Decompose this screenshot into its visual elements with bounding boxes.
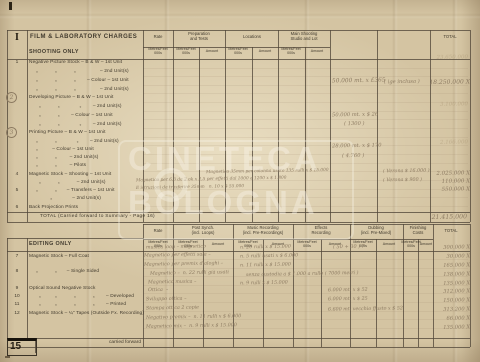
scan-edge-mark <box>9 2 12 10</box>
row-label: „ „ „ – 2nd Unit(s) <box>29 87 129 92</box>
row-label: „ „ – Transfers – 1st Unit <box>29 188 115 193</box>
handwriting-note: musica loop – magnetico <box>146 244 206 250</box>
row-number: 5 <box>7 188 27 193</box>
margin-circled-number: 2 <box>6 92 18 104</box>
grid-line <box>7 222 470 223</box>
row-label: „ „ – Single Sided <box>29 269 99 274</box>
scanned-budget-form-page: I FILM & LABORATORY CHARGES SHOOTING ONL… <box>0 0 480 362</box>
bleedthrough-number: 3.100.000 <box>398 101 468 108</box>
row-number: 8 <box>7 269 27 274</box>
bleedthrough-number: 23.650.000 <box>398 54 468 61</box>
grid-line <box>470 30 471 222</box>
row-number: 9 <box>7 286 27 291</box>
grid-line <box>7 347 470 348</box>
handwriting-note: 50.000 mt. x £365 <box>332 78 386 85</box>
row-label: „ – Colour – 1st Unit <box>29 147 94 152</box>
carried-forward-label: carried forward <box>93 340 157 345</box>
row-label: Back Projection Prints <box>29 205 78 210</box>
handwriting-note: Stampa ottica 2 copie <box>146 306 199 312</box>
row-label: „ „ „ – 2nd Unit(s) <box>29 69 129 74</box>
handwriting-note: 21.415.000 <box>390 213 467 221</box>
section-title-shooting: SHOOTING ONLY <box>29 49 79 55</box>
page-number-box: 15 <box>7 338 37 356</box>
handwriting-note: ( 4.760 ) <box>342 153 364 159</box>
column-subheader: Metres/Feet 000s <box>172 48 200 56</box>
handwriting-note: Magnetico 35mm per colonna usato 135 rul… <box>206 168 329 175</box>
handwriting-note: Magnetico musica – <box>148 280 197 286</box>
grid-line <box>7 238 143 239</box>
handwriting-note: Magnetico per 6,3 da 2 ok x 2,5 per effe… <box>136 176 287 184</box>
row-label: „ „ – 2nd Unit(s) <box>29 180 106 185</box>
handwriting-note: Magnetico mix – n. 9 rulli x $ 15.000 <box>146 323 237 330</box>
grid-line <box>7 212 470 213</box>
total-row-label: TOTAL (Carried forward to Summary - Page… <box>40 214 155 219</box>
handwriting-note: 50.000 mt. x $ 26 <box>332 112 378 119</box>
handwriting-note: 300.000 X <box>398 244 470 251</box>
handwriting-note: 30.000 X <box>398 253 470 260</box>
grid-line <box>305 47 306 222</box>
column-header: Locations <box>222 35 282 40</box>
row-label: Magnetic Stock – Full Coat <box>29 254 89 259</box>
handwriting-note: 138.000 X <box>398 271 470 278</box>
form-title: FILM & LABORATORY CHARGES <box>30 34 137 40</box>
handwriting-note: 6.000 mt. x $ 25 <box>328 297 368 303</box>
row-number: 6 <box>7 205 27 210</box>
handwriting-note: n. 20 rulli x $ 15.000 <box>240 245 291 251</box>
handwriting-note: E istruzioni da trasferire 35mm n. 10 x … <box>136 184 244 191</box>
handwriting-note: 18.250.000 X <box>398 78 470 86</box>
column-subheader: Metres/Feet 000s <box>293 241 321 249</box>
row-label: „ „ – Colour – 1st Unit <box>29 113 113 118</box>
column-header: Effects Recording <box>291 226 351 235</box>
handwriting-note: 312.000 X <box>398 288 470 295</box>
row-label: „ „ „ – 2nd Unit(s) <box>29 122 122 127</box>
row-number: 11 <box>7 302 27 307</box>
handwriting-note: 2.025.000 X <box>398 170 470 177</box>
row-label: Printing Picture – B & W – 1st Unit <box>29 130 106 135</box>
row-label: Developing Picture – B & W – 1st Unit <box>29 95 113 100</box>
bleedthrough-number: 2.166.000 <box>398 139 468 146</box>
column-subheader: Amount <box>198 50 226 54</box>
grid-line <box>27 238 28 338</box>
row-label: „ „ „ – Colour – 1st Unit <box>29 78 129 83</box>
handwriting-note: 135.000 X <box>398 324 470 331</box>
row-number: 7 <box>7 254 27 259</box>
column-header: TOTAL <box>421 229 480 234</box>
handwriting-note: 313.200 X <box>398 306 470 313</box>
row-label: „ „ „ – 2nd Unit(s) <box>29 104 122 109</box>
column-subheader: Metres/Feet 000s <box>224 48 252 56</box>
margin-circled-number: 3 <box>6 127 18 139</box>
handwriting-note: 135.000 X <box>398 280 470 287</box>
row-label: „ „ – Pilots <box>29 163 86 168</box>
grid-line <box>376 239 377 347</box>
row-number: 4 <box>7 172 27 177</box>
grid-line <box>321 239 322 347</box>
handwriting-note: 165.000 X <box>398 262 470 269</box>
handwriting-note: ( 1300 ) <box>344 121 365 127</box>
section-title-editing: EDITING ONLY <box>29 241 72 247</box>
row-number: 12 <box>7 311 27 316</box>
handwriting-note: n. 9 rulli x $ 15.000 <box>240 281 288 287</box>
column-subheader: Metres/Feet 000s <box>144 48 172 56</box>
column-header: Preparation and Tests <box>169 32 229 41</box>
handwriting-note: 28.000 mt. x $ 170 <box>332 143 382 150</box>
row-number: 10 <box>7 294 27 299</box>
handwriting-note: Ottica – <box>148 288 168 293</box>
row-label: „ „ – 2nd Unit(s) <box>29 155 98 160</box>
column-header: TOTAL <box>420 35 480 40</box>
paper-crease <box>0 13 480 19</box>
row-label: Magnetic Stock – Shooting – 1st Unit <box>29 172 111 177</box>
row-label: „ – 2nd Unit(s) <box>29 196 101 201</box>
column-header: Post Synch. (incl. Loops) <box>173 226 233 235</box>
handwriting-note: 110.000 X <box>398 178 470 185</box>
row-label: „ „ „ „ – Printed <box>29 302 126 307</box>
section-index: I <box>7 32 27 43</box>
grid-line <box>7 30 470 31</box>
handwriting-note: n. 11 rulli x $ 15.000 <box>240 263 291 269</box>
grid-line <box>470 224 471 347</box>
grid-line <box>27 338 470 339</box>
page-number: 15 <box>8 341 36 353</box>
handwriting-note: ( 50 + 30 ) ? <box>333 244 365 251</box>
column-subheader: Amount <box>204 243 232 247</box>
handwriting-note: Magnetico per effetti sala – <box>144 252 211 258</box>
handwriting-note: 66.000 X <box>398 315 470 322</box>
row-number: 1 <box>7 60 27 65</box>
scan-edge-mark <box>5 356 10 358</box>
row-label: „ „ „ – 2nd Unit(s) <box>29 139 119 144</box>
row-label: „ „ „ „ – Developed <box>29 294 134 299</box>
grid-line <box>199 47 200 222</box>
handwriting-note: 6.000 mt. x $ 52 <box>328 288 368 294</box>
handwriting-note: 550.000 X <box>398 186 470 193</box>
column-subheader: Amount <box>303 50 331 54</box>
column-header: Main Shooting Studio and Lot <box>274 32 334 41</box>
handwriting-note: 150.000 X <box>398 297 470 304</box>
column-subheader: Amount <box>251 50 279 54</box>
column-header: Music Recording (incl. Pre-Recordings) <box>233 226 293 235</box>
row-label: Negative Picture Stock – B & W – 1st Uni… <box>29 60 122 65</box>
grid-line <box>252 47 253 222</box>
row-label: Magnetic Stock – ¼" Tapes (Outside Fx. R… <box>29 311 144 316</box>
handwriting-note: Sviluppo ottica – <box>146 297 187 303</box>
handwriting-note: n. 5 rulli usati x $ 6.000 <box>240 253 298 259</box>
column-subheader: Metres/Feet 000s <box>277 48 305 56</box>
row-label: Optical Sound Negative Stock <box>29 286 96 291</box>
